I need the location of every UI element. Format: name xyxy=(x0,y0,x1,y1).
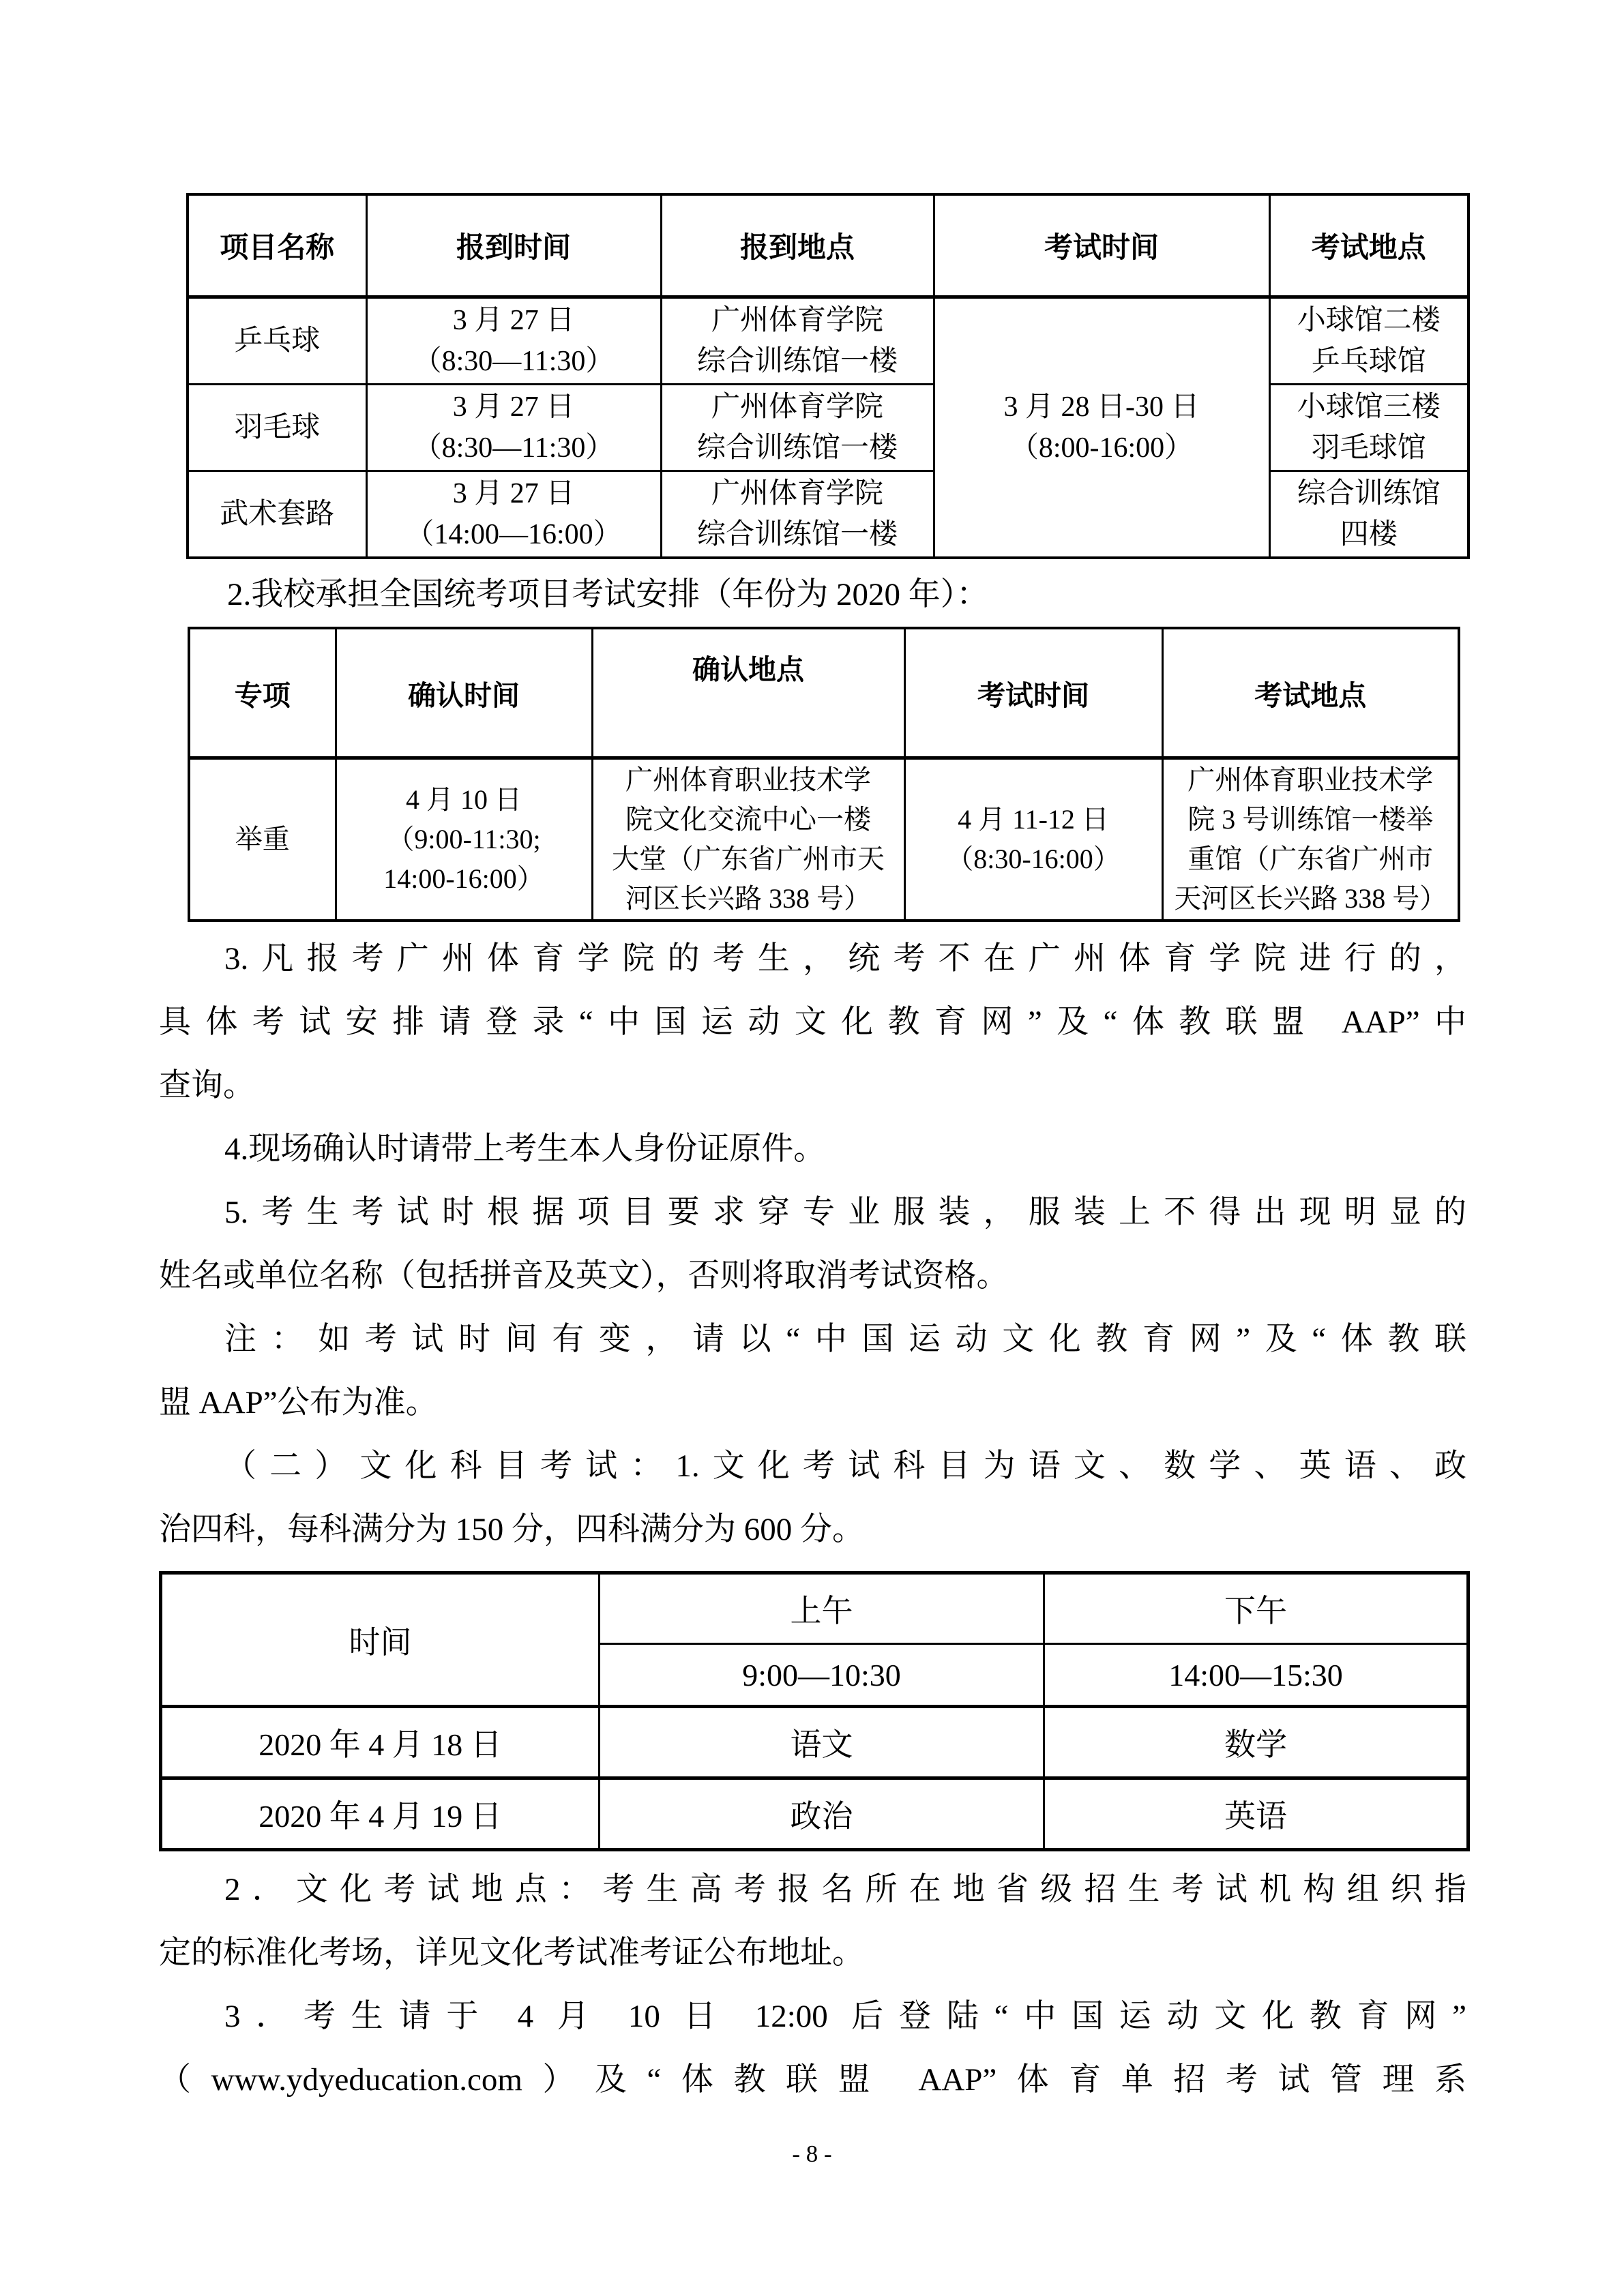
text-line: （8:00-16:00） xyxy=(935,428,1269,468)
text-line: 乒乓球馆 xyxy=(1271,341,1468,382)
cell-afternoon-subject: 数学 xyxy=(1044,1707,1468,1778)
table-row: 武术套路 3 月 27 日 （14:00—16:00） 广州体育学院 综合训练馆… xyxy=(188,471,1468,558)
text-line: 3 月 28 日-30 日 xyxy=(935,387,1269,428)
text-line: 3．考生请于 4 月 10 日 12:00 后登陆“中国运动文化教育网” xyxy=(159,1985,1466,2048)
cell-afternoon-subject: 英语 xyxy=(1044,1778,1468,1850)
text-line: 大堂（广东省广州市天 xyxy=(593,839,904,879)
text-line: 5.考生考试时根据项目要求穿专业服装，服装上不得出现明显的 xyxy=(159,1181,1466,1244)
table-header-row: 时间 上午 下午 xyxy=(161,1573,1468,1644)
cell-exam-place: 广州体育职业技术学 院 3 号训练馆一楼举 重馆（广东省广州市 天河区长兴路 3… xyxy=(1162,758,1459,921)
column-header-specialty: 专项 xyxy=(189,628,336,758)
cell-event-name: 羽毛球 xyxy=(188,385,366,471)
cell-checkin-time: 3 月 27 日 （8:30—11:30） xyxy=(366,385,661,471)
paragraph-culture-location: 2．文化考试地点：考生高考报名所在地省级招生考试机构组织指 定的标准化考场，详见… xyxy=(159,1858,1466,1985)
text-line: （8:30—11:30） xyxy=(368,428,660,468)
page-number: - 8 - xyxy=(0,2137,1624,2171)
cell-exam-place: 小球馆三楼 羽毛球馆 xyxy=(1269,385,1468,471)
table-row: 举重 4 月 10 日 （9:00-11:30; 14:00-16:00） 广州… xyxy=(189,758,1459,921)
text-line: 4.现场确认时请带上考生本人身份证原件。 xyxy=(159,1118,1466,1181)
text-line: 3 月 27 日 xyxy=(368,387,660,428)
table-row: 乒乓球 3 月 27 日 （8:30—11:30） 广州体育学院 综合训练馆一楼… xyxy=(188,297,1468,385)
cell-confirm-place: 广州体育职业技术学 院文化交流中心一楼 大堂（广东省广州市天 河区长兴路 338… xyxy=(592,758,904,921)
paragraph-login-notice: 3．考生请于 4 月 10 日 12:00 后登陆“中国运动文化教育网” （ww… xyxy=(159,1985,1466,2112)
text-line: 注：如考试时间有变，请以“中国运动文化教育网”及“体教联 xyxy=(159,1308,1466,1371)
text-line: 综合训练馆 xyxy=(1271,473,1468,514)
paragraph-section-2: （二）文化科目考试：1.文化考试科目为语文、数学、英语、政 治四科，每科满分为 … xyxy=(159,1435,1466,1562)
section-heading-national-exams: 2.我校承担全国统考项目考试安排（年份为 2020 年）： xyxy=(159,563,1466,627)
cell-checkin-place: 广州体育学院 综合训练馆一楼 xyxy=(661,471,934,558)
table-row: 2020 年 4 月 19 日 政治 英语 xyxy=(161,1778,1468,1850)
text-line: 2．文化考试地点：考生高考报名所在地省级招生考试机构组织指 xyxy=(159,1858,1466,1922)
text-line: （8:30—11:30） xyxy=(368,341,660,382)
text-line: 4 月 10 日 xyxy=(337,780,591,820)
cell-morning-subject: 政治 xyxy=(600,1778,1044,1850)
text-line: 重馆（广东省广州市 xyxy=(1164,839,1458,879)
cell-specialty: 举重 xyxy=(189,758,336,921)
column-header-exam-place: 考试地点 xyxy=(1269,194,1468,297)
text-line: （9:00-11:30; xyxy=(337,820,591,859)
text-line: 四楼 xyxy=(1271,514,1468,555)
document-page: 项目名称 报到时间 报到地点 考试时间 考试地点 乒乓球 3 月 27 日 （8… xyxy=(0,0,1624,2296)
column-header-checkin-time: 报到时间 xyxy=(366,194,661,297)
paragraph-4: 4.现场确认时请带上考生本人身份证原件。 xyxy=(159,1118,1466,1181)
text-line: 治四科，每科满分为 150 分，四科满分为 600 分。 xyxy=(159,1498,1466,1562)
column-header-confirm-time: 确认时间 xyxy=(336,628,592,758)
text-line: 广州体育职业技术学 xyxy=(593,760,904,800)
text-line: 广州体育职业技术学 xyxy=(1164,760,1458,800)
column-header-event: 项目名称 xyxy=(188,194,366,297)
column-header-checkin-place: 报到地点 xyxy=(661,194,934,297)
cell-morning-time: 9:00—10:30 xyxy=(600,1644,1044,1707)
cell-checkin-time: 3 月 27 日 （8:30—11:30） xyxy=(366,297,661,385)
cell-morning-subject: 语文 xyxy=(600,1707,1044,1778)
text-line: 定的标准化考场，详见文化考试准考证公布地址。 xyxy=(159,1922,1466,1985)
text-line: （二）文化科目考试：1.文化考试科目为语文、数学、英语、政 xyxy=(159,1435,1466,1498)
cell-checkin-place: 广州体育学院 综合训练馆一楼 xyxy=(661,385,934,471)
cell-event-name: 乒乓球 xyxy=(188,297,366,385)
culture-schedule-table: 时间 上午 下午 9:00—10:30 14:00—15:30 2020 年 4… xyxy=(159,1571,1470,1851)
text-line: 具体考试安排请登录“中国运动文化教育网”及“体教联盟 AAP”中 xyxy=(159,991,1466,1054)
text-line: 羽毛球馆 xyxy=(1271,428,1468,468)
text-line: 综合训练馆一楼 xyxy=(662,428,933,468)
column-header-exam-time: 考试时间 xyxy=(904,628,1162,758)
paragraph-5: 5.考生考试时根据项目要求穿专业服装，服装上不得出现明显的 姓名或单位名称（包括… xyxy=(159,1181,1466,1308)
cell-event-name: 武术套路 xyxy=(188,471,366,558)
text-line: 综合训练馆一楼 xyxy=(662,514,933,555)
column-header-morning: 上午 xyxy=(600,1573,1044,1644)
text-line: 广州体育学院 xyxy=(662,300,933,341)
text-line: 3 月 27 日 xyxy=(368,300,660,341)
text-line: 14:00-16:00） xyxy=(337,859,591,899)
cell-checkin-time: 3 月 27 日 （14:00—16:00） xyxy=(366,471,661,558)
column-header-confirm-place: 确认地点 xyxy=(592,628,904,758)
text-line: 姓名或单位名称（包括拼音及英文），否则将取消考试资格。 xyxy=(159,1244,1466,1308)
cell-confirm-time: 4 月 10 日 （9:00-11:30; 14:00-16:00） xyxy=(336,758,592,921)
text-line: （www.ydyeducation.com）及“体教联盟 AAP”体育单招考试管… xyxy=(159,2048,1466,2112)
text-line: （14:00—16:00） xyxy=(368,514,660,555)
table-row: 羽毛球 3 月 27 日 （8:30—11:30） 广州体育学院 综合训练馆一楼… xyxy=(188,385,1468,471)
text-line: （8:30-16:00） xyxy=(906,839,1162,879)
text-line: 院文化交流中心一楼 xyxy=(593,800,904,839)
cell-exam-time-merged: 3 月 28 日-30 日 （8:00-16:00） xyxy=(934,297,1269,558)
text-line: 广州体育学院 xyxy=(662,387,933,428)
text-line: 广州体育学院 xyxy=(662,473,933,514)
cell-exam-time: 4 月 11-12 日 （8:30-16:00） xyxy=(904,758,1162,921)
text-line: 3 月 27 日 xyxy=(368,473,660,514)
cell-date: 2020 年 4 月 18 日 xyxy=(161,1707,600,1778)
text-line: 3.凡报考广州体育学院的考生，统考不在广州体育学院进行的， xyxy=(159,927,1466,991)
cell-afternoon-time: 14:00—15:30 xyxy=(1044,1644,1468,1707)
registration-table: 项目名称 报到时间 报到地点 考试时间 考试地点 乒乓球 3 月 27 日 （8… xyxy=(186,193,1470,559)
text-line: 综合训练馆一楼 xyxy=(662,341,933,382)
cell-exam-place: 综合训练馆 四楼 xyxy=(1269,471,1468,558)
paragraph-3: 3.凡报考广州体育学院的考生，统考不在广州体育学院进行的， 具体考试安排请登录“… xyxy=(159,927,1466,1118)
cell-checkin-place: 广州体育学院 综合训练馆一楼 xyxy=(661,297,934,385)
paragraph-note: 注：如考试时间有变，请以“中国运动文化教育网”及“体教联 盟 AAP”公布为准。 xyxy=(159,1308,1466,1435)
tail-paragraphs: 2．文化考试地点：考生高考报名所在地省级招生考试机构组织指 定的标准化考场，详见… xyxy=(159,1858,1466,2112)
column-header-exam-place: 考试地点 xyxy=(1162,628,1459,758)
text-line: 院 3 号训练馆一楼举 xyxy=(1164,800,1458,839)
cell-exam-place: 小球馆二楼 乒乓球馆 xyxy=(1269,297,1468,385)
text-line: 小球馆二楼 xyxy=(1271,300,1468,341)
cell-date: 2020 年 4 月 19 日 xyxy=(161,1778,600,1850)
national-exam-table: 专项 确认时间 确认地点 考试时间 考试地点 举重 4 月 10 日 （9:00… xyxy=(188,627,1460,922)
body-paragraphs: 3.凡报考广州体育学院的考生，统考不在广州体育学院进行的， 具体考试安排请登录“… xyxy=(159,927,1466,1562)
column-header-exam-time: 考试时间 xyxy=(934,194,1269,297)
text-line: 天河区长兴路 338 号） xyxy=(1164,879,1458,919)
table-header-row: 项目名称 报到时间 报到地点 考试时间 考试地点 xyxy=(188,194,1468,297)
table-row: 2020 年 4 月 18 日 语文 数学 xyxy=(161,1707,1468,1778)
text-line: 盟 AAP”公布为准。 xyxy=(159,1371,1466,1435)
text-line: 河区长兴路 338 号） xyxy=(593,879,904,919)
text-line: 小球馆三楼 xyxy=(1271,387,1468,428)
text-line: 查询。 xyxy=(159,1054,1466,1118)
text-line: 4 月 11-12 日 xyxy=(906,800,1162,839)
table-header-row: 专项 确认时间 确认地点 考试时间 考试地点 xyxy=(189,628,1459,758)
column-header-time: 时间 xyxy=(161,1573,600,1707)
column-header-afternoon: 下午 xyxy=(1044,1573,1468,1644)
